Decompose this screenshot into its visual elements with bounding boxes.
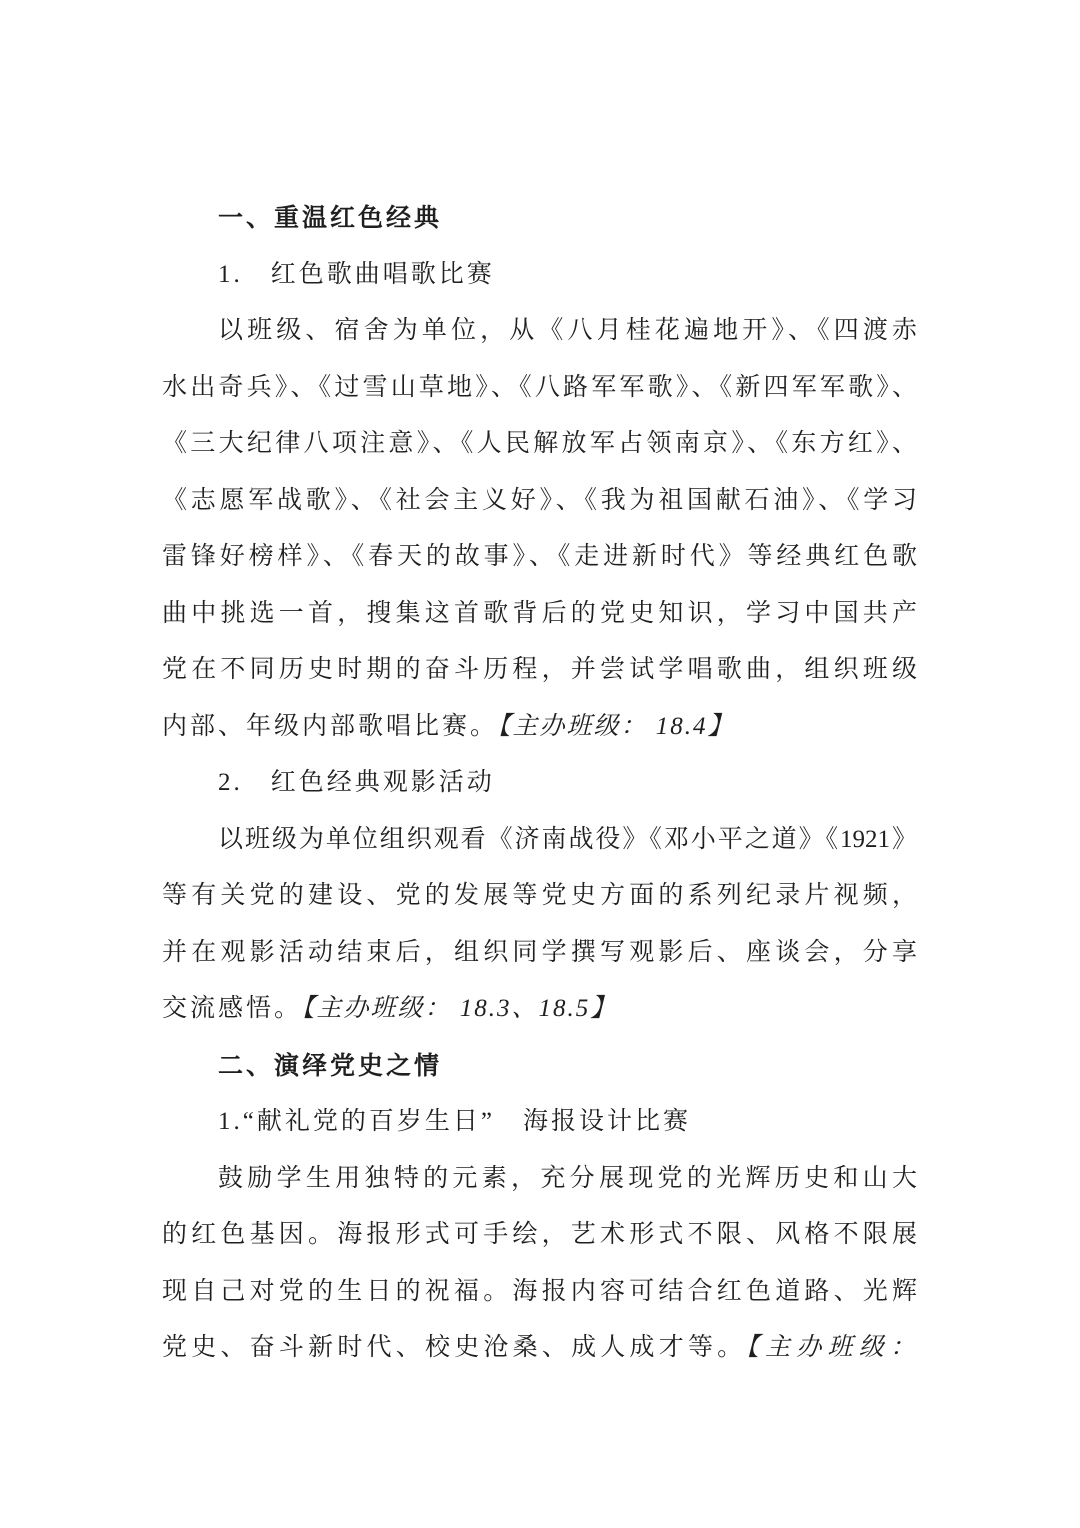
paragraph-line: 的红色基因。海报形式可手绘，艺术形式不限、风格不限展 bbox=[162, 1207, 917, 1264]
paragraph-line: 以班级、宿舍为单位，从《八月桂花遍地开》、《四渡赤 bbox=[162, 303, 917, 360]
section-2-item-1-title: 1.“献礼党的百岁生日” 海报设计比赛 bbox=[162, 1094, 917, 1151]
section-1-item-2-title: 2. 红色经典观影活动 bbox=[162, 755, 917, 812]
host-class-label: 【主办班级： 18.4】 bbox=[498, 713, 735, 740]
paragraph-line: 党在不同历史时期的奋斗历程，并尝试学唱歌曲，组织班级 bbox=[162, 642, 917, 699]
paragraph-line: 水出奇兵》、《过雪山草地》、《八路军军歌》、《新四军军歌》、 bbox=[162, 360, 917, 417]
host-class-label: 【主办班级： bbox=[746, 1334, 917, 1361]
host-class-label: 【主办班级： 18.3、18.5】 bbox=[302, 995, 617, 1022]
paragraph-line: 以班级为单位组织观看《济南战役》《邓小平之道》《1921》 bbox=[162, 812, 917, 869]
paragraph-line: 雷锋好榜样》、《春天的故事》、《走进新时代》等经典红色歌 bbox=[162, 529, 917, 586]
paragraph-line: 等有关党的建设、党的发展等党史方面的系列纪录片视频， bbox=[162, 868, 917, 925]
paragraph-line: 内部、年级内部歌唱比赛。【主办班级： 18.4】 bbox=[162, 699, 917, 756]
paragraph-line: 交流感悟。【主办班级： 18.3、18.5】 bbox=[162, 981, 917, 1038]
section-1-heading: 一、重温红色经典 bbox=[162, 190, 917, 247]
paragraph-line: 鼓励学生用独特的元素，充分展现党的光辉历史和山大 bbox=[162, 1151, 917, 1208]
document-page: 一、重温红色经典 1. 红色歌曲唱歌比赛 以班级、宿舍为单位，从《八月桂花遍地开… bbox=[0, 0, 1080, 1528]
paragraph-line: 《志愿军战歌》、《社会主义好》、《我为祖国献石油》、《学习 bbox=[162, 473, 917, 530]
paragraph-line: 现自己对党的生日的祝福。海报内容可结合红色道路、光辉 bbox=[162, 1264, 917, 1321]
paragraph-text: 党史、奋斗新时代、校史沧桑、成人成才等。 bbox=[162, 1334, 746, 1361]
paragraph-line: 曲中挑选一首，搜集这首歌背后的党史知识，学习中国共产 bbox=[162, 586, 917, 643]
paragraph-line: 《三大纪律八项注意》、《人民解放军占领南京》、《东方红》、 bbox=[162, 416, 917, 473]
document-body: 一、重温红色经典 1. 红色歌曲唱歌比赛 以班级、宿舍为单位，从《八月桂花遍地开… bbox=[162, 190, 917, 1377]
paragraph-line: 党史、奋斗新时代、校史沧桑、成人成才等。【主办班级： bbox=[162, 1320, 917, 1377]
section-1-item-1-title: 1. 红色歌曲唱歌比赛 bbox=[162, 247, 917, 304]
paragraph-text: 内部、年级内部歌唱比赛。 bbox=[162, 713, 498, 740]
paragraph-text: 交流感悟。 bbox=[162, 995, 302, 1022]
paragraph-line: 并在观影活动结束后，组织同学撰写观影后、座谈会，分享 bbox=[162, 925, 917, 982]
section-2-heading: 二、演绎党史之情 bbox=[162, 1038, 917, 1095]
